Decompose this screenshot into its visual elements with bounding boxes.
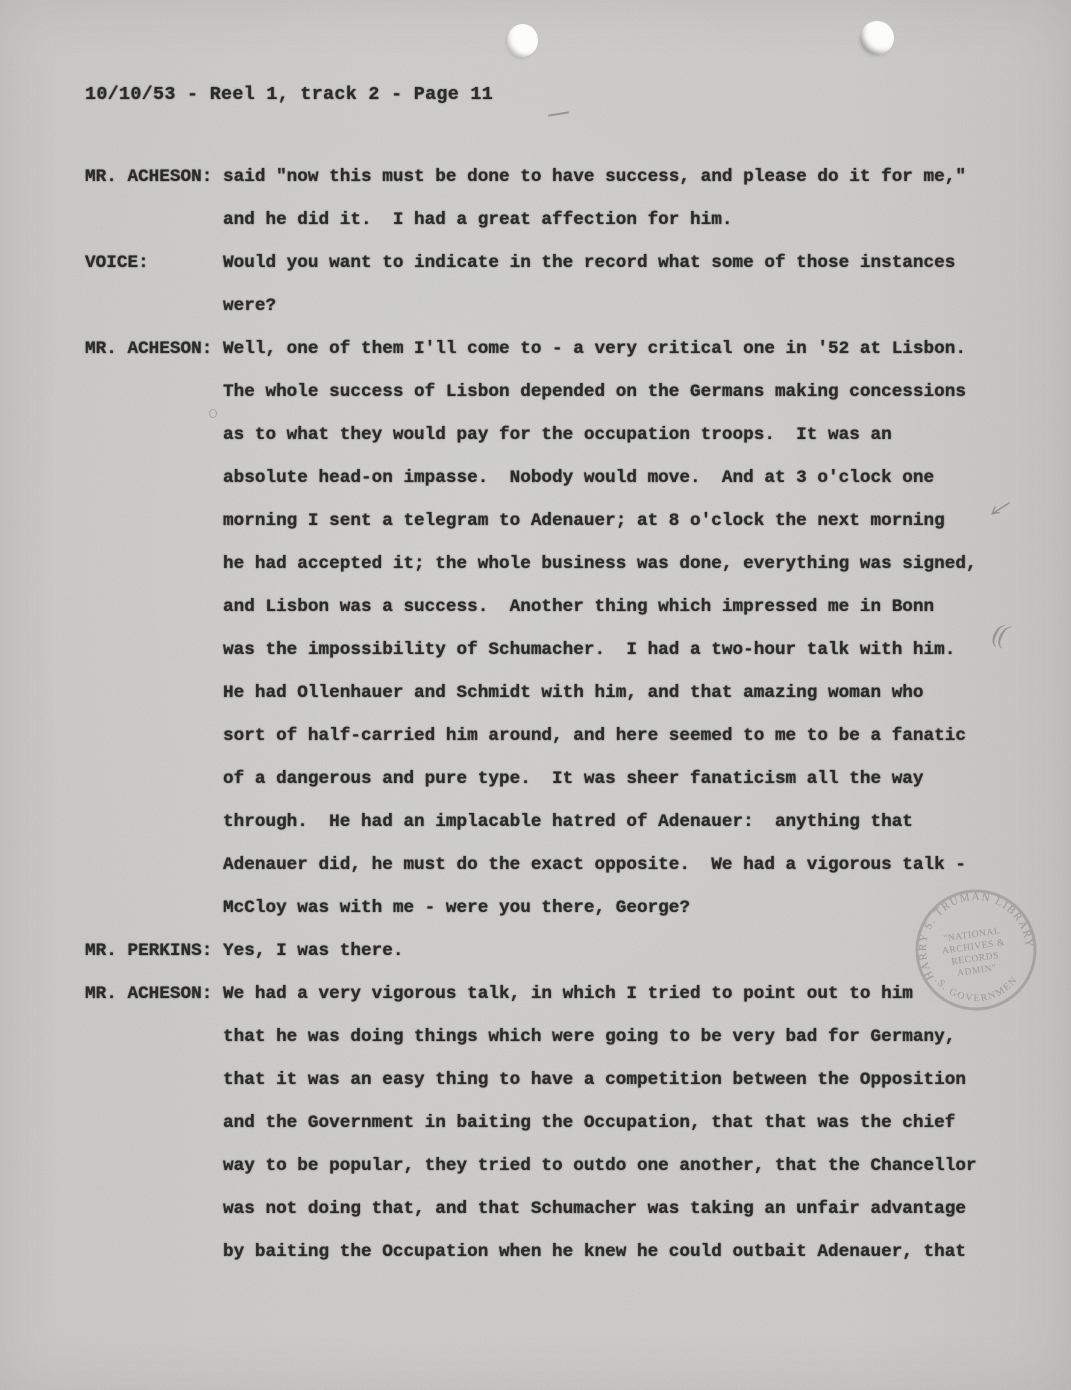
transcript-line: as to what they would pay for the occupa… xyxy=(223,414,1047,457)
transcript-line: that it was an easy thing to have a comp… xyxy=(223,1059,1047,1102)
transcript-line: by baiting the Occupation when he knew h… xyxy=(223,1231,1047,1274)
archives-stamp: HARRY S. TRUMAN LIBRARY U.S. GOVERNMENT … xyxy=(901,875,1051,1025)
speaker-label: VOICE: xyxy=(85,242,149,285)
ink-speck xyxy=(209,409,217,418)
speaker-label: MR. ACHESON: xyxy=(85,328,212,371)
transcript-line: Would you want to indicate in the record… xyxy=(223,242,1047,285)
transcript-line: was not doing that, and that Schumacher … xyxy=(223,1188,1047,1231)
stamp-center-text: "NATIONAL ARCHIVES & RECORDS ADMIN" xyxy=(940,926,1009,980)
transcript-line: he had accepted it; the whole business w… xyxy=(223,543,1047,586)
transcript-body: MR. ACHESON:said "now this must be done … xyxy=(85,156,1047,1274)
transcript-line: The whole success of Lisbon depended on … xyxy=(223,371,1047,414)
transcript-line: and Lisbon was a success. Another thing … xyxy=(223,586,1047,629)
dialogue-block: MR. ACHESON:said "now this must be done … xyxy=(85,156,1047,242)
speaker-label: MR. ACHESON: xyxy=(85,973,212,1016)
transcript-line: and he did it. I had a great affection f… xyxy=(223,199,1047,242)
dialogue-block: MR. ACHESON:Well, one of them I'll come … xyxy=(85,328,1047,930)
transcript-line: and the Government in baiting the Occupa… xyxy=(223,1102,1047,1145)
transcript-line: Well, one of them I'll come to - a very … xyxy=(223,328,1047,371)
page-header: 10/10/53 - Reel 1, track 2 - Page 11 xyxy=(85,84,493,105)
transcript-line: said "now this must be done to have succ… xyxy=(223,156,1047,199)
pencil-arrow-mark xyxy=(986,500,1012,520)
transcript-line: morning I sent a telegram to Adenauer; a… xyxy=(223,500,1047,543)
punch-hole-right xyxy=(860,21,894,55)
dialogue-lines: said "now this must be done to have succ… xyxy=(223,156,1047,242)
transcript-line: way to be popular, they tried to outdo o… xyxy=(223,1145,1047,1188)
transcript-line: were? xyxy=(223,285,1047,328)
dialogue-lines: Well, one of them I'll come to - a very … xyxy=(223,328,1047,930)
transcript-line: through. He had an implacable hatred of … xyxy=(223,801,1047,844)
speaker-label: MR. PERKINS: xyxy=(85,930,212,973)
transcript-line: of a dangerous and pure type. It was she… xyxy=(223,758,1047,801)
transcript-line: sort of half-carried him around, and her… xyxy=(223,715,1047,758)
punch-hole-left xyxy=(507,24,538,57)
document-page: 10/10/53 - Reel 1, track 2 - Page 11 MR.… xyxy=(0,0,1071,1390)
transcript-line: He had Ollenhauer and Schmidt with him, … xyxy=(223,672,1047,715)
pencil-dash-mark xyxy=(548,111,569,116)
dialogue-block: VOICE:Would you want to indicate in the … xyxy=(85,242,1047,328)
speaker-label: MR. ACHESON: xyxy=(85,156,212,199)
dialogue-lines: Would you want to indicate in the record… xyxy=(223,242,1047,328)
transcript-line: was the impossibility of Schumacher. I h… xyxy=(223,629,1047,672)
transcript-line: absolute head-on impasse. Nobody would m… xyxy=(223,457,1047,500)
